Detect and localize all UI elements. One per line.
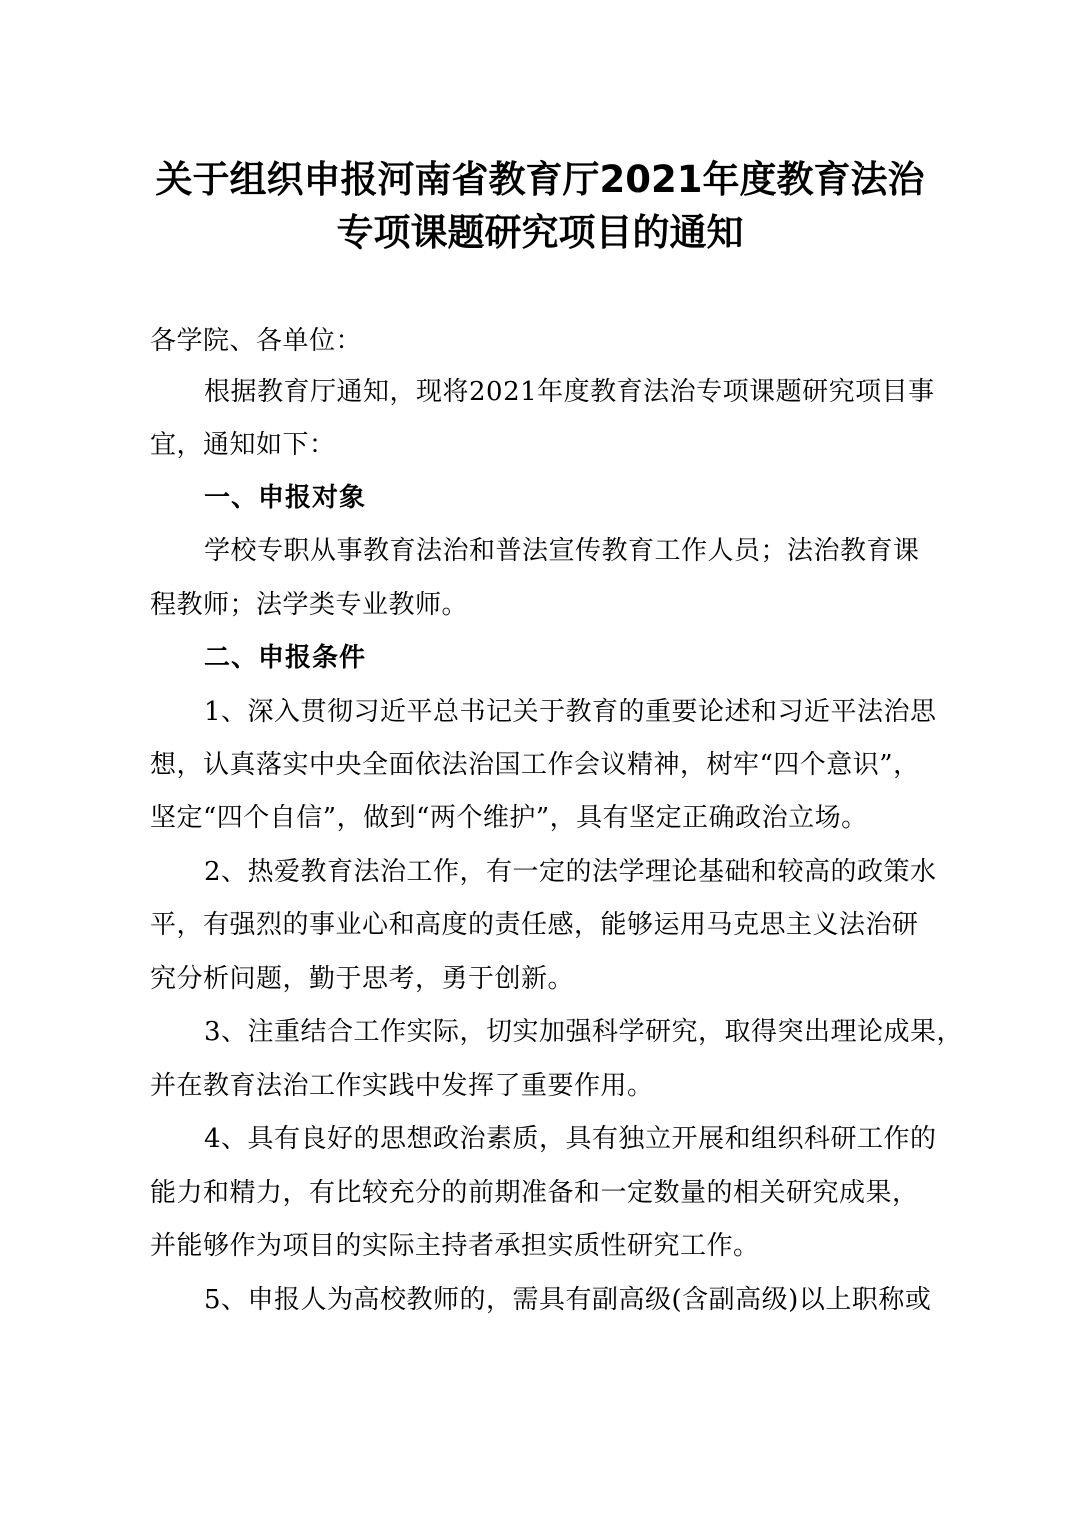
condition-4-line-3: 并能够作为项目的实际主持者承担实质性研究工作。 (150, 1229, 760, 1263)
document-title-line-2: 专项课题研究项目的通知 (0, 204, 1080, 262)
condition-2-line-3: 究分析问题，勤于思考，勇于创新。 (150, 962, 574, 996)
condition-2-line-1: 2、热爱教育法治工作，有一定的法学理论基础和较高的政策水 (204, 855, 937, 889)
condition-4-line-2: 能力和精力，有比较充分的前期准备和一定数量的相关研究成果， (150, 1176, 919, 1210)
section-heading-conditions: 二、申报条件 (204, 641, 366, 675)
intro-line-2: 宜，通知如下： (150, 428, 336, 462)
condition-1-line-3: 坚定“四个自信”，做到“两个维护”，具有坚定正确政治立场。 (150, 801, 868, 835)
condition-4-line-1: 4、具有良好的思想政治素质，具有独立开展和组织科研工作的 (204, 1122, 937, 1156)
document-title-line-1: 关于组织申报河南省教育厅2021年度教育法治 (0, 151, 1080, 209)
condition-3-line-2: 并在教育法治工作实践中发挥了重要作用。 (150, 1069, 654, 1103)
section-heading-applicants: 一、申报对象 (204, 481, 366, 515)
condition-1-line-2: 想，认真落实中央全面依法治国工作会议精神，树牢“四个意识”， (150, 748, 920, 782)
condition-2-line-2: 平，有强烈的事业心和高度的责任感，能够运用马克思主义法治研 (150, 908, 919, 942)
section1-line-2: 程教师；法学类专业教师。 (150, 588, 468, 622)
section1-line-1: 学校专职从事教育法治和普法宣传教育工作人员；法治教育课 (204, 534, 920, 568)
salutation: 各学院、各单位： (150, 324, 362, 358)
condition-5-line-1: 5、申报人为高校教师的，需具有副高级(含副高级)以上职称或 (204, 1283, 931, 1317)
condition-1-line-1: 1、深入贯彻习近平总书记关于教育的重要论述和习近平法治思 (204, 695, 937, 729)
intro-line-1: 根据教育厅通知，现将2021年度教育法治专项课题研究项目事 (204, 375, 935, 409)
condition-3-line-1: 3、注重结合工作实际，切实加强科学研究，取得突出理论成果， (204, 1015, 963, 1049)
